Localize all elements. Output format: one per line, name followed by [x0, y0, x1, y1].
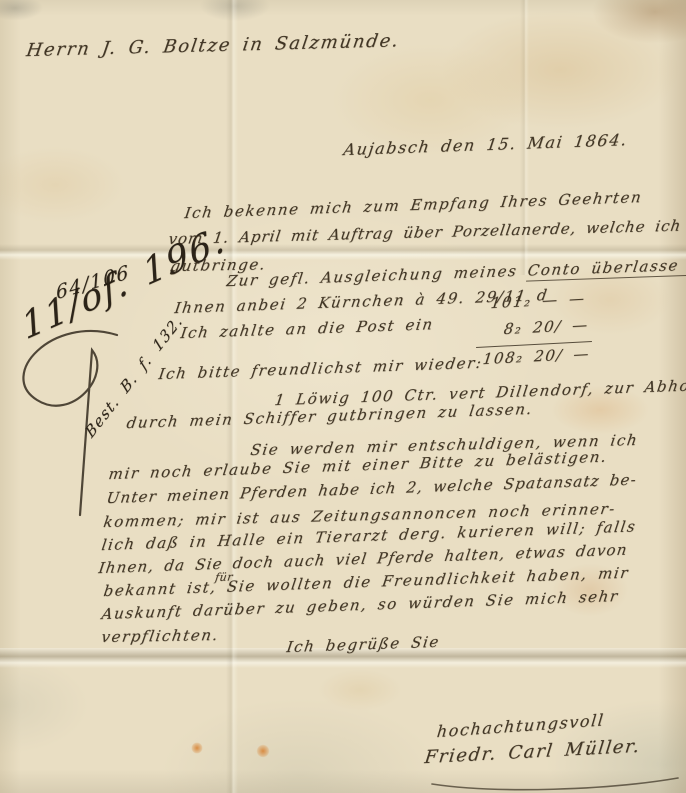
signature: Friedr. Carl Müller. [423, 736, 642, 768]
account-total-value: 108₂ 20/ — [482, 344, 591, 368]
account-intro: Zur gefl. Ausgleichung meines Conto über… [225, 255, 686, 290]
body-line: Ich bekenne mich zum Empfang Ihres Geehr… [183, 188, 643, 222]
valediction: hochachtungsvoll [436, 710, 606, 741]
account-row2-label: Ich zahlte an die Post ein [179, 315, 434, 342]
account-intro-plain: Zur gefl. Ausgleichung meines [225, 261, 529, 290]
fold-crease-vertical-left [226, 0, 238, 793]
dateline: Aujabsch den 15. Mai 1864. [342, 130, 629, 159]
fold-crease-horizontal-upper [0, 244, 686, 260]
body-line: Ich bitte freundlichst mir wieder: [157, 354, 483, 383]
account-row1-value: 101₂ — — [490, 289, 587, 312]
interline-insertion: für [214, 570, 234, 584]
account-intro-underlined: Conto überlasse ich [526, 255, 686, 282]
recipient-line: Herrn J. G. Boltze in Salzmünde. [25, 30, 401, 61]
closing-line: Ich begrüße Sie [285, 633, 441, 656]
body-line: verpflichten. [100, 626, 220, 646]
account-row2-value: 8₂ 20/ — [503, 316, 590, 339]
signature-flourish [428, 766, 684, 793]
body-line: vom 1. April mit Auftrag über Porzellane… [167, 215, 686, 248]
letter-scan: Herrn J. G. Boltze in Salzmünde. Aujabsc… [0, 0, 686, 793]
